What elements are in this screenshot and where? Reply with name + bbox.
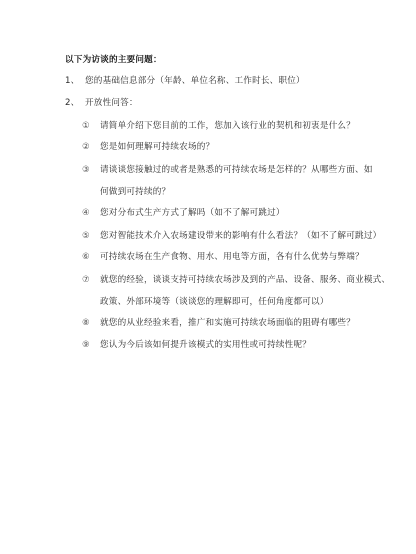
section-number: 1、	[65, 75, 85, 87]
circled-number-3: ③	[82, 164, 100, 176]
circled-number-2: ②	[82, 141, 100, 153]
circled-number-4: ④	[82, 207, 100, 219]
question-7: ⑦就您的经验，谈谈支持可持续农场涉及到的产品、设备、服务、商业模式、	[82, 274, 390, 286]
question-8: ⑧就您的从业经验来看，推广和实施可持续农场面临的阻碍有哪些？	[82, 317, 355, 329]
question-4: ④您对分布式生产方式了解吗（如不了解可跳过）	[82, 207, 285, 219]
question-text: 就您的经验，谈谈支持可持续农场涉及到的产品、设备、服务、商业模式、	[100, 274, 390, 286]
circled-number-7: ⑦	[82, 274, 100, 286]
circled-number-1: ①	[82, 120, 100, 132]
circled-number-8: ⑧	[82, 317, 100, 329]
question-text: 您对分布式生产方式了解吗（如不了解可跳过）	[100, 207, 285, 219]
question-text: 可持续农场在生产食物、用水、用电等方面，各有什么优势与弊端？	[100, 251, 364, 263]
circled-number-6: ⑥	[82, 251, 100, 263]
section-open-questions: 2、开放性问答：	[65, 97, 138, 109]
section-text: 您的基础信息部分（年龄、单位名称、工作时长、职位）	[85, 76, 305, 86]
question-2: ②您是如何理解可持续农场的？	[82, 141, 214, 153]
section-number: 2、	[65, 97, 85, 109]
question-1: ①请简单介绍下您目前的工作，您加入该行业的契机和初衷是什么？	[82, 120, 355, 132]
question-3-continuation: 何做到可持续的？	[100, 186, 170, 198]
question-5: ⑤您对智能技术介入农场建设带来的影响有什么看法？（如不了解可跳过）	[82, 230, 381, 242]
question-text: 您是如何理解可持续农场的？	[100, 141, 214, 153]
document-page: 以下为访谈的主要问题： 1、您的基础信息部分（年龄、单位名称、工作时长、职位） …	[0, 0, 416, 554]
question-3: ③请谈谈您接触过的或者是熟悉的可持续农场是怎样的？从哪些方面、如	[82, 164, 373, 176]
question-text: 您认为今后该如何提升该模式的实用性或可持续性呢？	[100, 339, 311, 351]
question-text: 您对智能技术介入农场建设带来的影响有什么看法？（如不了解可跳过）	[100, 230, 381, 242]
question-text: 请简单介绍下您目前的工作，您加入该行业的契机和初衷是什么？	[100, 120, 355, 132]
question-7-continuation: 政策、外部环境等（谈谈您的理解即可，任何角度都可以）	[100, 296, 329, 308]
question-6: ⑥可持续农场在生产食物、用水、用电等方面，各有什么优势与弊端？	[82, 251, 364, 263]
section-text: 开放性问答：	[85, 98, 138, 108]
question-9: ⑨您认为今后该如何提升该模式的实用性或可持续性呢？	[82, 339, 311, 351]
question-text: 请谈谈您接触过的或者是熟悉的可持续农场是怎样的？从哪些方面、如	[100, 164, 373, 176]
document-heading: 以下为访谈的主要问题：	[65, 54, 162, 66]
question-text: 就您的从业经验来看，推广和实施可持续农场面临的阻碍有哪些？	[100, 317, 355, 329]
circled-number-9: ⑨	[82, 339, 100, 351]
section-basic-info: 1、您的基础信息部分（年龄、单位名称、工作时长、职位）	[65, 75, 305, 87]
circled-number-5: ⑤	[82, 230, 100, 242]
